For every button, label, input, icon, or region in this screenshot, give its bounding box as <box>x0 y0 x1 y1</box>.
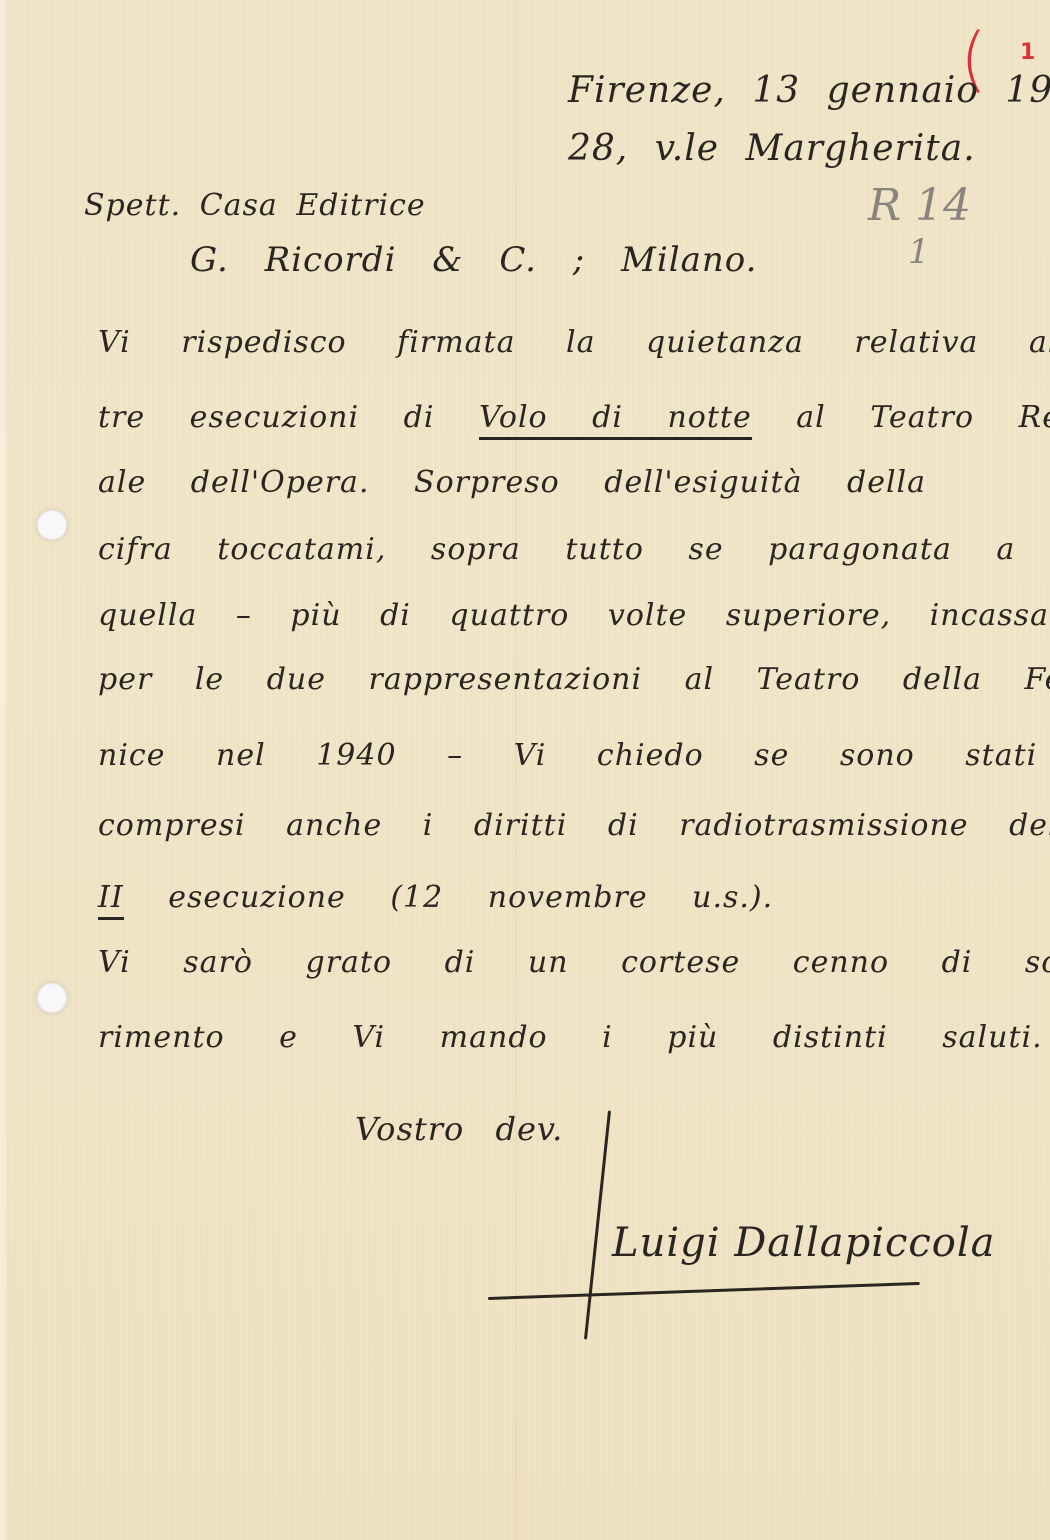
pencil-reference-bottom: 1 <box>908 232 930 272</box>
opera-title: Volo di notte <box>479 400 752 440</box>
place-date: Firenze, 13 gennaio 1943 <box>568 70 1050 111</box>
signature: Luigi Dallapiccola <box>612 1220 996 1266</box>
body-line-6: per le due rappresentazioni al Teatro de… <box>98 662 1050 697</box>
body-text: al Teatro Re- <box>796 400 1050 435</box>
body-line-5: quella – più di quattro volte superiore,… <box>98 598 1050 633</box>
roman-numeral: II <box>98 880 124 920</box>
punch-hole-bottom <box>37 983 67 1013</box>
body-line-10: Vi sarò grato di un cortese cenno di sch… <box>98 945 1050 980</box>
recipient-line-2: G. Ricordi & C. ; Milano. <box>190 240 757 280</box>
body-line-9: II esecuzione (12 novembre u.s.). <box>98 880 773 915</box>
body-line-3: ale dell'Opera. Sorpreso dell'esiguità d… <box>98 465 926 500</box>
body-line-2: tre esecuzioni di Volo di notte al Teatr… <box>98 400 1050 435</box>
body-text: esecuzione (12 novembre u.s.). <box>168 880 773 915</box>
body-text: tre esecuzioni di <box>98 400 434 435</box>
paper-edge <box>0 0 6 1540</box>
valediction: Vostro dev. <box>355 1110 563 1148</box>
body-line-4: cifra toccatami, sopra tutto se paragona… <box>98 532 1015 567</box>
body-line-8: compresi anche i diritti di radiotrasmis… <box>98 808 1050 843</box>
red-page-number: 1 <box>1020 40 1035 65</box>
sender-address: 28, v.le Margherita. <box>568 128 976 169</box>
body-line-7: nice nel 1940 – Vi chiedo se sono stati <box>98 738 1037 773</box>
punch-hole-top <box>37 510 67 540</box>
body-line-11: rimento e Vi mando i più distinti saluti… <box>98 1020 1043 1055</box>
recipient-line-1: Spett. Casa Editrice <box>84 188 426 223</box>
body-line-1: Vi rispedisco firmata la quietanza relat… <box>98 325 1050 360</box>
pencil-reference-top: R 14 <box>868 180 971 231</box>
